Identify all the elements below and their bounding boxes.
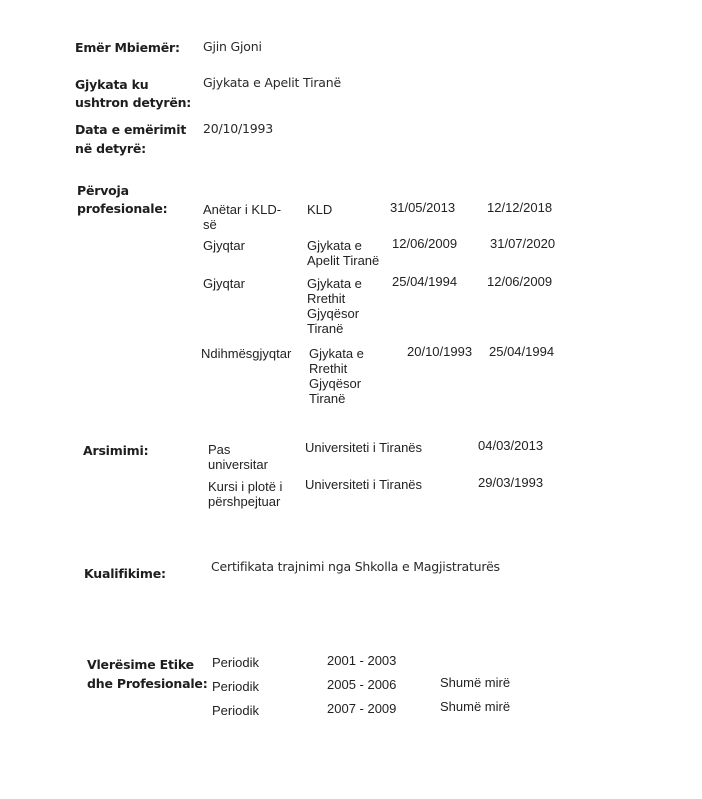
- experience-institution-line: Tiranë: [309, 391, 364, 406]
- evaluation-type: Periodik: [212, 679, 259, 694]
- education-degree-line: Kursi i plotë i: [208, 479, 282, 494]
- experience-position-line: Anëtar i KLD-: [203, 202, 281, 217]
- experience-end-date: 31/07/2020: [490, 236, 555, 251]
- experience-label-line1: Përvoja: [77, 181, 129, 201]
- education-degree: Pasuniversitar: [208, 442, 268, 472]
- experience-start-date: 31/05/2013: [390, 200, 455, 215]
- experience-institution-line: Rrethit: [307, 291, 362, 306]
- education-degree: Kursi i plotë ipërshpejtuar: [208, 479, 282, 509]
- court-label-line1: Gjykata ku: [75, 75, 148, 95]
- education-institution: Universiteti i Tiranës: [305, 440, 422, 455]
- education-label: Arsimimi:: [83, 441, 148, 461]
- evaluation-period: 2001 - 2003: [327, 653, 396, 668]
- experience-institution-line: Rrethit: [309, 361, 364, 376]
- experience-institution-line: Gjyqësor: [309, 376, 364, 391]
- qualifications-value: Certifikata trajnimi nga Shkolla e Magji…: [211, 557, 500, 577]
- experience-institution: Gjykata eApelit Tiranë: [307, 238, 379, 268]
- name-label: Emër Mbiemër:: [75, 38, 180, 58]
- education-degree-line: universitar: [208, 457, 268, 472]
- education-institution: Universiteti i Tiranës: [305, 477, 422, 492]
- appointment-label-line2: në detyrë:: [75, 139, 146, 159]
- experience-institution: Gjykata eRrethitGjyqësorTiranë: [307, 276, 362, 336]
- appointment-value: 20/10/1993: [203, 119, 273, 139]
- experience-institution: KLD: [307, 202, 332, 217]
- experience-start-date: 12/06/2009: [392, 236, 457, 251]
- experience-institution: Gjykata eRrethitGjyqësorTiranë: [309, 346, 364, 406]
- experience-label-line2: profesionale:: [77, 199, 167, 219]
- experience-position-line: Gjyqtar: [203, 238, 245, 253]
- name-value: Gjin Gjoni: [203, 37, 262, 57]
- experience-position-line: Ndihmësgjyqtar: [201, 346, 291, 361]
- court-label-line2: ushtron detyrën:: [75, 93, 191, 113]
- experience-institution-line: Gjyqësor: [307, 306, 362, 321]
- experience-position: Ndihmësgjyqtar: [201, 346, 291, 361]
- experience-position-line: Gjyqtar: [203, 276, 245, 291]
- education-degree-line: Pas: [208, 442, 268, 457]
- evaluations-label-line1: Vlerësime Etike: [87, 655, 194, 675]
- experience-start-date: 25/04/1994: [392, 274, 457, 289]
- experience-institution-line: Gjykata e: [307, 238, 379, 253]
- experience-position: Gjyqtar: [203, 276, 245, 291]
- experience-position: Gjyqtar: [203, 238, 245, 253]
- experience-position-line: së: [203, 217, 281, 232]
- education-degree-line: përshpejtuar: [208, 494, 282, 509]
- appointment-label-line1: Data e emërimit: [75, 120, 186, 140]
- experience-institution-line: Apelit Tiranë: [307, 253, 379, 268]
- evaluation-grade: Shumë mirë: [440, 699, 510, 714]
- experience-end-date: 12/06/2009: [487, 274, 552, 289]
- evaluation-type: Periodik: [212, 703, 259, 718]
- education-date: 04/03/2013: [478, 438, 543, 453]
- evaluation-type: Periodik: [212, 655, 259, 670]
- experience-start-date: 20/10/1993: [407, 344, 472, 359]
- experience-end-date: 12/12/2018: [487, 200, 552, 215]
- experience-position: Anëtar i KLD-së: [203, 202, 281, 232]
- evaluation-grade: Shumë mirë: [440, 675, 510, 690]
- evaluation-period: 2005 - 2006: [327, 677, 396, 692]
- experience-institution-line: Gjykata e: [309, 346, 364, 361]
- evaluation-period: 2007 - 2009: [327, 701, 396, 716]
- court-value: Gjykata e Apelit Tiranë: [203, 73, 341, 93]
- experience-end-date: 25/04/1994: [489, 344, 554, 359]
- education-date: 29/03/1993: [478, 475, 543, 490]
- experience-institution-line: Gjykata e: [307, 276, 362, 291]
- evaluations-label-line2: dhe Profesionale:: [87, 674, 208, 694]
- experience-institution-line: Tiranë: [307, 321, 362, 336]
- qualifications-label: Kualifikime:: [84, 564, 166, 584]
- experience-institution-line: KLD: [307, 202, 332, 217]
